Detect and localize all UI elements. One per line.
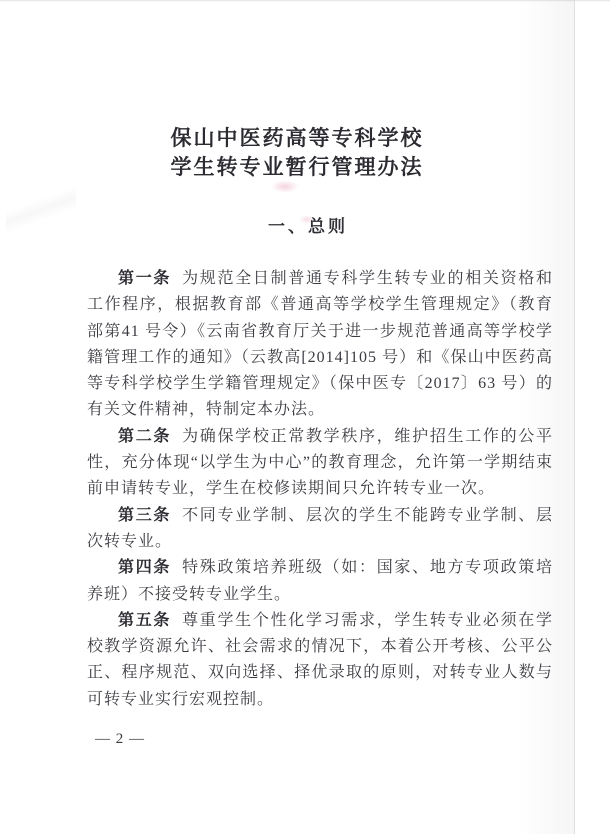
article-paragraph-4: 第四条特殊政策培养班级（如：国家、地方专项政策培养班）不接受转专业学生。: [87, 555, 553, 608]
article-label-3: 第三条: [118, 507, 182, 524]
scanned-document-page: 保山中医药高等专科学校 学生转专业暂行管理办法 一、总则 第一条为规范全日制普通…: [0, 0, 610, 834]
document-body: 第一条为规范全日制普通专科学生转专业的相关资格和工作程序，根据教育部《普通高等学…: [87, 266, 553, 713]
article-text-1: 为规范全日制普通专科学生转专业的相关资格和工作程序，根据教育部《普通高等学校学生…: [87, 270, 553, 418]
page-number: — 2 —: [95, 731, 145, 748]
article-paragraph-2: 第二条为确保学校正常教学秩序，维护招生工作的公平性，充分体现“以学生为中心”的教…: [87, 424, 553, 503]
article-label-2: 第二条: [118, 428, 182, 445]
document-title-line1: 保山中医药高等专科学校: [0, 124, 594, 153]
document-title: 保山中医药高等专科学校 学生转专业暂行管理办法: [0, 124, 594, 182]
article-label-5: 第五条: [118, 612, 182, 629]
article-label-4: 第四条: [118, 559, 182, 576]
section-heading: 一、总则: [0, 212, 610, 237]
scan-scratch-mark: [6, 80, 76, 340]
article-paragraph-3: 第三条不同专业学制、层次的学生不能跨专业学制、层次转专业。: [87, 503, 553, 556]
document-title-line2: 学生转专业暂行管理办法: [0, 153, 594, 182]
article-label-1: 第一条: [118, 270, 182, 287]
article-paragraph-5: 第五条尊重学生个性化学习需求，学生转专业必须在学校教学资源允许、社会需求的情况下…: [87, 608, 553, 713]
article-paragraph-1: 第一条为规范全日制普通专科学生转专业的相关资格和工作程序，根据教育部《普通高等学…: [87, 266, 553, 424]
